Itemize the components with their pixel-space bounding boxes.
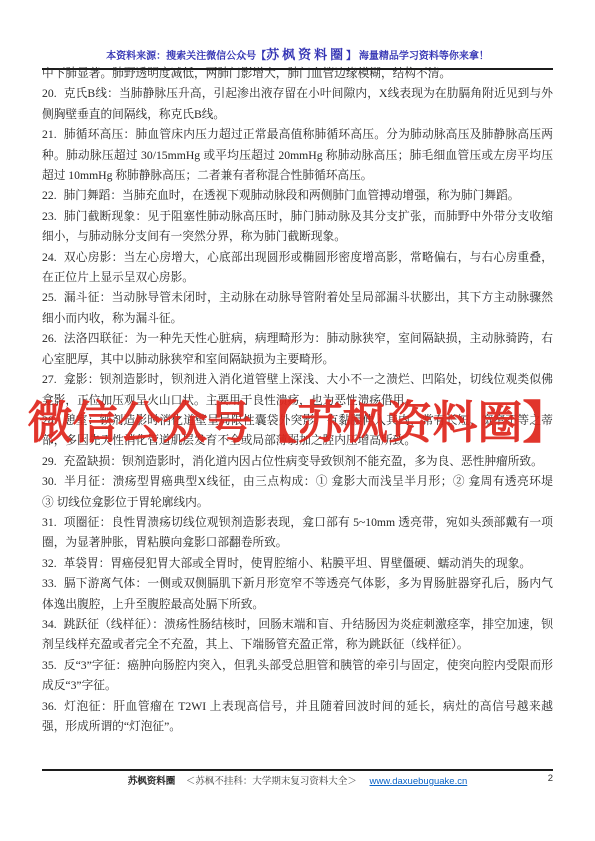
page-number: 2	[548, 773, 553, 784]
footer-url-link[interactable]: www.daxuebuguake.cn	[370, 776, 468, 787]
definition-item: 28.憩室：钡剂造影时消化道壁呈局限性囊袋外突影，有黏膜伸入其内，常有长短、宽窄…	[42, 411, 553, 452]
definition-item: 25.漏斗征：当动脉导管未闭时，主动脉在动脉导管附着处呈局部漏斗状膨出，其下方主…	[42, 288, 553, 329]
item-text: 中下肺显著。肺野透明度减低，两肺门影增大，肺门血管边缘模糊，结构不清。	[42, 67, 451, 80]
item-number: 35.	[42, 659, 57, 672]
definition-item: 21.肺循环高压：肺血管床内压力超过正常最高值称肺循环高压。分为肺动脉高压及肺静…	[42, 125, 553, 186]
footer-brand-name: 苏枫资料圈	[128, 776, 176, 787]
item-text: 跳跃征（线样征）：溃疡性肠结核时，回肠末端和盲、升结肠因为炎症刺激痉挛，排空加速…	[42, 618, 553, 651]
footer-subtitle: ＜苏枫不挂科：大学期末复习资料大全＞	[186, 776, 357, 787]
item-text: 革袋胃：胃癌侵犯胃大部或全胃时，使胃腔缩小、粘膜平坦、胃壁僵硬、蠕动消失的现象。	[64, 557, 532, 570]
definition-item: 32.革袋胃：胃癌侵犯胃大部或全胃时，使胃腔缩小、粘膜平坦、胃壁僵硬、蠕动消失的…	[42, 554, 553, 574]
definition-item: 27.龛影：钡剂造影时，钡剂进入消化道管壁上深浅、大小不一之溃烂、凹陷处，切线位…	[42, 370, 553, 411]
definition-item: 29.充盈缺损：钡剂造影时，消化道内因占位性病变导致钡剂不能充盈，多为良、恶性肿…	[42, 452, 553, 472]
header-brand-name: 苏枫资料圈	[266, 47, 346, 62]
item-text: 充盈缺损：钡剂造影时，消化道内因占位性病变导致钡剂不能充盈，多为良、恶性肿瘤所致…	[64, 455, 543, 468]
item-number: 29.	[42, 455, 57, 468]
item-text: 肺循环高压：肺血管床内压力超过正常最高值称肺循环高压。分为肺动脉高压及肺静脉高压…	[42, 128, 553, 182]
definition-item: 23.肺门截断现象：见于阻塞性肺动脉高压时，肺门肺动脉及其分支扩张，而肺野中外带…	[42, 207, 553, 248]
item-text: 项圈征：良性胃溃疡切线位观钡剂造影表现，龛口部有 5~10mm 透亮带，宛如头颈…	[42, 516, 553, 549]
item-number: 23.	[42, 210, 57, 223]
definition-item: 33.膈下游离气体：一侧或双侧膈肌下新月形宽窄不等透亮气体影，多为胃肠脏器穿孔后…	[42, 574, 553, 615]
item-number: 36.	[42, 700, 57, 713]
item-number: 21.	[42, 128, 57, 141]
item-text: 漏斗征：当动脉导管未闭时，主动脉在动脉导管附着处呈局部漏斗状膨出，其下方主动脉骤…	[42, 291, 553, 324]
item-number: 27.	[42, 373, 57, 386]
item-text: 克氏B线：当肺静脉压升高，引起渗出液存留在小叶间隙内，X线表现为在肋膈角附近见到…	[42, 87, 553, 120]
item-text: 半月征：溃疡型胃癌典型X线征，由三点构成：① 龛影大而浅呈半月形；② 龛周有透亮…	[42, 475, 565, 508]
item-text: 反“3”字征：癌肿向肠腔内突入，但乳头部受总胆管和胰管的牵引与固定，使突向腔内受…	[42, 659, 553, 692]
definition-item: 24.双心房影：当左心房增大，心底部出现圆形或椭圆形密度增高影，常略偏右，与右心…	[42, 248, 553, 289]
item-text: 膈下游离气体：一侧或双侧膈肌下新月形宽窄不等透亮气体影，多为胃肠脏器穿孔后，肠内…	[42, 577, 553, 610]
item-text: 肺门截断现象：见于阻塞性肺动脉高压时，肺门肺动脉及其分支扩张，而肺野中外带分支收…	[42, 210, 553, 243]
definition-item: 20.克氏B线：当肺静脉压升高，引起渗出液存留在小叶间隙内，X线表现为在肋膈角附…	[42, 84, 553, 125]
item-text: 龛影：钡剂造影时，钡剂进入消化道管壁上深浅、大小不一之溃烂、凹陷处，切线位观类似…	[42, 373, 553, 406]
definition-item: 35.反“3”字征：癌肿向肠腔内突入，但乳头部受总胆管和胰管的牵引与固定，使突向…	[42, 656, 553, 697]
definition-item: 34.跳跃征（线样征）：溃疡性肠结核时，回肠末端和盲、升结肠因为炎症刺激痉挛，排…	[42, 615, 553, 656]
definition-item: 22.肺门舞蹈：当肺充血时，在透视下观肺动脉段和两侧肺门血管搏动增强，称为肺门舞…	[42, 186, 553, 206]
footer-divider	[42, 769, 553, 771]
item-text: 法洛四联征：为一种先天性心脏病，病理畸形为：肺动脉狭窄，室间隔缺损，主动脉骑跨，…	[42, 332, 553, 365]
definition-item: 31.项圈征：良性胃溃疡切线位观钡剂造影表现，龛口部有 5~10mm 透亮带，宛…	[42, 513, 553, 554]
item-number: 24.	[42, 251, 57, 264]
item-number: 30.	[42, 475, 57, 488]
definition-list: 中下肺显著。肺野透明度减低，两肺门影增大，肺门血管边缘模糊，结构不清。20.克氏…	[42, 64, 553, 737]
item-number: 34.	[42, 618, 57, 631]
definition-item: 36.灯泡征：肝血管瘤在 T2WI 上表现高信号，并且随着回波时间的延长，病灶的…	[42, 697, 553, 738]
item-number: 20.	[42, 87, 57, 100]
item-number: 33.	[42, 577, 57, 590]
definition-item: 30.半月征：溃疡型胃癌典型X线征，由三点构成：① 龛影大而浅呈半月形；② 龛周…	[42, 472, 553, 513]
definition-item: 中下肺显著。肺野透明度减低，两肺门影增大，肺门血管边缘模糊，结构不清。	[42, 64, 553, 84]
item-text: 肺门舞蹈：当肺充血时，在透视下观肺动脉段和两侧肺门血管搏动增强，称为肺门舞蹈。	[64, 189, 520, 202]
header-banner: 本资料来源：搜索关注微信公众号【苏枫资料圈】 海量精品学习资料等你来拿！	[30, 44, 565, 63]
document-page: 本资料来源：搜索关注微信公众号【苏枫资料圈】 海量精品学习资料等你来拿！ 中下肺…	[0, 0, 595, 841]
header-tagline: 海量精品学习资料等你来拿！	[356, 51, 489, 62]
item-number: 31.	[42, 516, 57, 529]
header-bracket-close: 】	[346, 51, 356, 62]
item-text: 憩室：钡剂造影时消化道壁呈局限性囊袋外突影，有黏膜伸入其内，常有长短、宽窄不等之…	[42, 414, 553, 447]
definition-item: 26.法洛四联征：为一种先天性心脏病，病理畸形为：肺动脉狭窄，室间隔缺损，主动脉…	[42, 329, 553, 370]
item-number: 28.	[42, 414, 57, 427]
footer: 苏枫资料圈 ＜苏枫不挂科：大学期末复习资料大全＞ www.daxuebuguak…	[42, 773, 553, 787]
item-text: 灯泡征：肝血管瘤在 T2WI 上表现高信号，并且随着回波时间的延长，病灶的高信号…	[42, 700, 553, 733]
item-number: 32.	[42, 557, 57, 570]
item-number: 25.	[42, 291, 57, 304]
item-text: 双心房影：当左心房增大，心底部出现圆形或椭圆形密度增高影，常略偏右，与右心房重叠…	[42, 251, 553, 284]
item-number: 22.	[42, 189, 57, 202]
header-source-text: 本资料来源：搜索关注微信公众号【	[106, 51, 266, 62]
item-number: 26.	[42, 332, 57, 345]
